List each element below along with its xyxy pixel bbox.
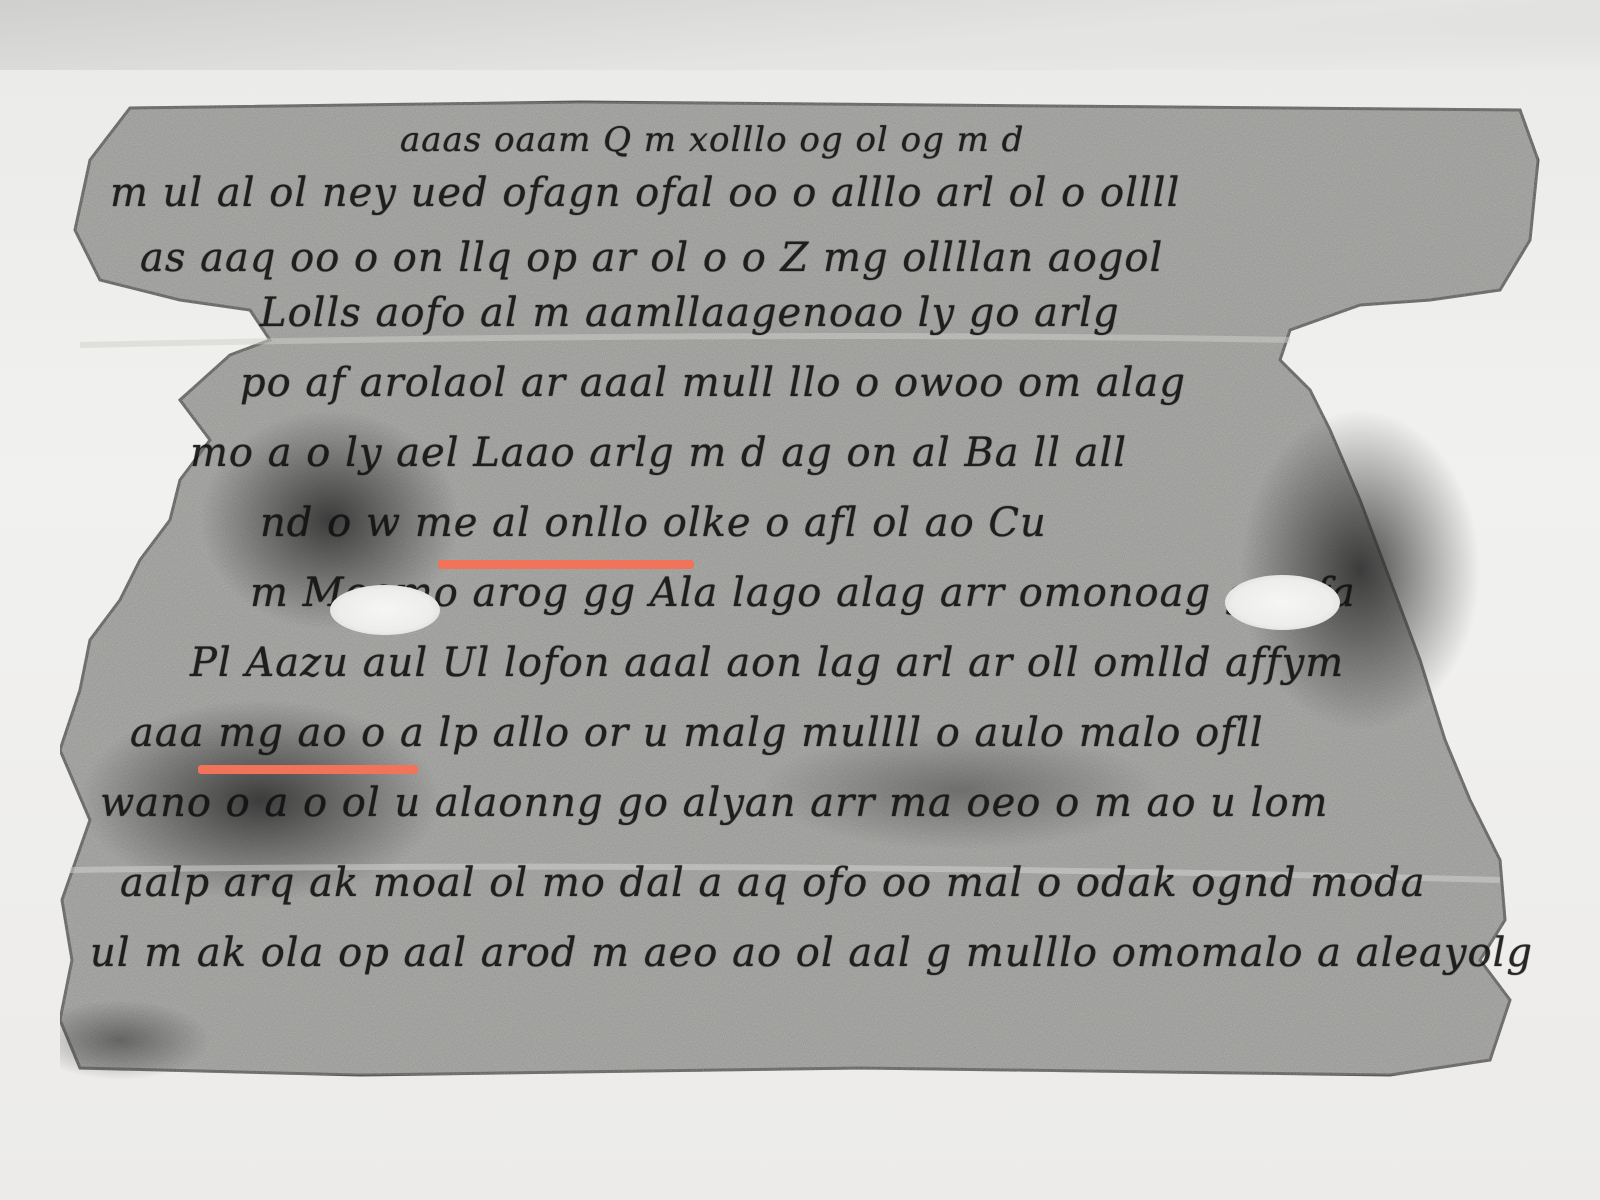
text-line-12: aalp arq ak moal ol mo dal a aq ofo oo m… [120, 860, 1426, 906]
red-underline-1 [438, 560, 694, 569]
red-underline-2 [198, 765, 418, 774]
hole-left [330, 585, 440, 635]
text-line-3: as aaq oo o on llq op ar ol o o Z mg oll… [140, 235, 1163, 281]
text-line-9: Pl Aazu aul Ul lofon aaal aon lag arl ar… [190, 640, 1344, 686]
text-line-2: m ul al ol ney ued ofagn ofal oo o alllo… [110, 170, 1180, 216]
text-line-6: mo a o ly ael Laao arlg m d ag on al Ba … [190, 430, 1127, 476]
text-line-1: aaas oaam Q m xolllo og ol og m d [400, 120, 1024, 160]
mount-board-edge [0, 0, 1600, 70]
text-line-4: Lolls aofo al m aamllaagenoao ly go arlg [260, 290, 1120, 336]
text-line-11: wano o a o ol u alaonng go alyan arr ma … [100, 780, 1328, 826]
text-line-10: aaa mg ao o a lp allo or u malg mullll o… [130, 710, 1264, 756]
text-line-13: ul m ak ola op aal arod m aeo ao ol aal … [90, 930, 1533, 976]
text-line-5: po af arolaol ar aaal mull llo o owoo om… [240, 360, 1186, 406]
hole-right [1225, 575, 1340, 630]
text-line-7: nd o w me al onllo olke o afl ol ao Cu [260, 500, 1047, 546]
